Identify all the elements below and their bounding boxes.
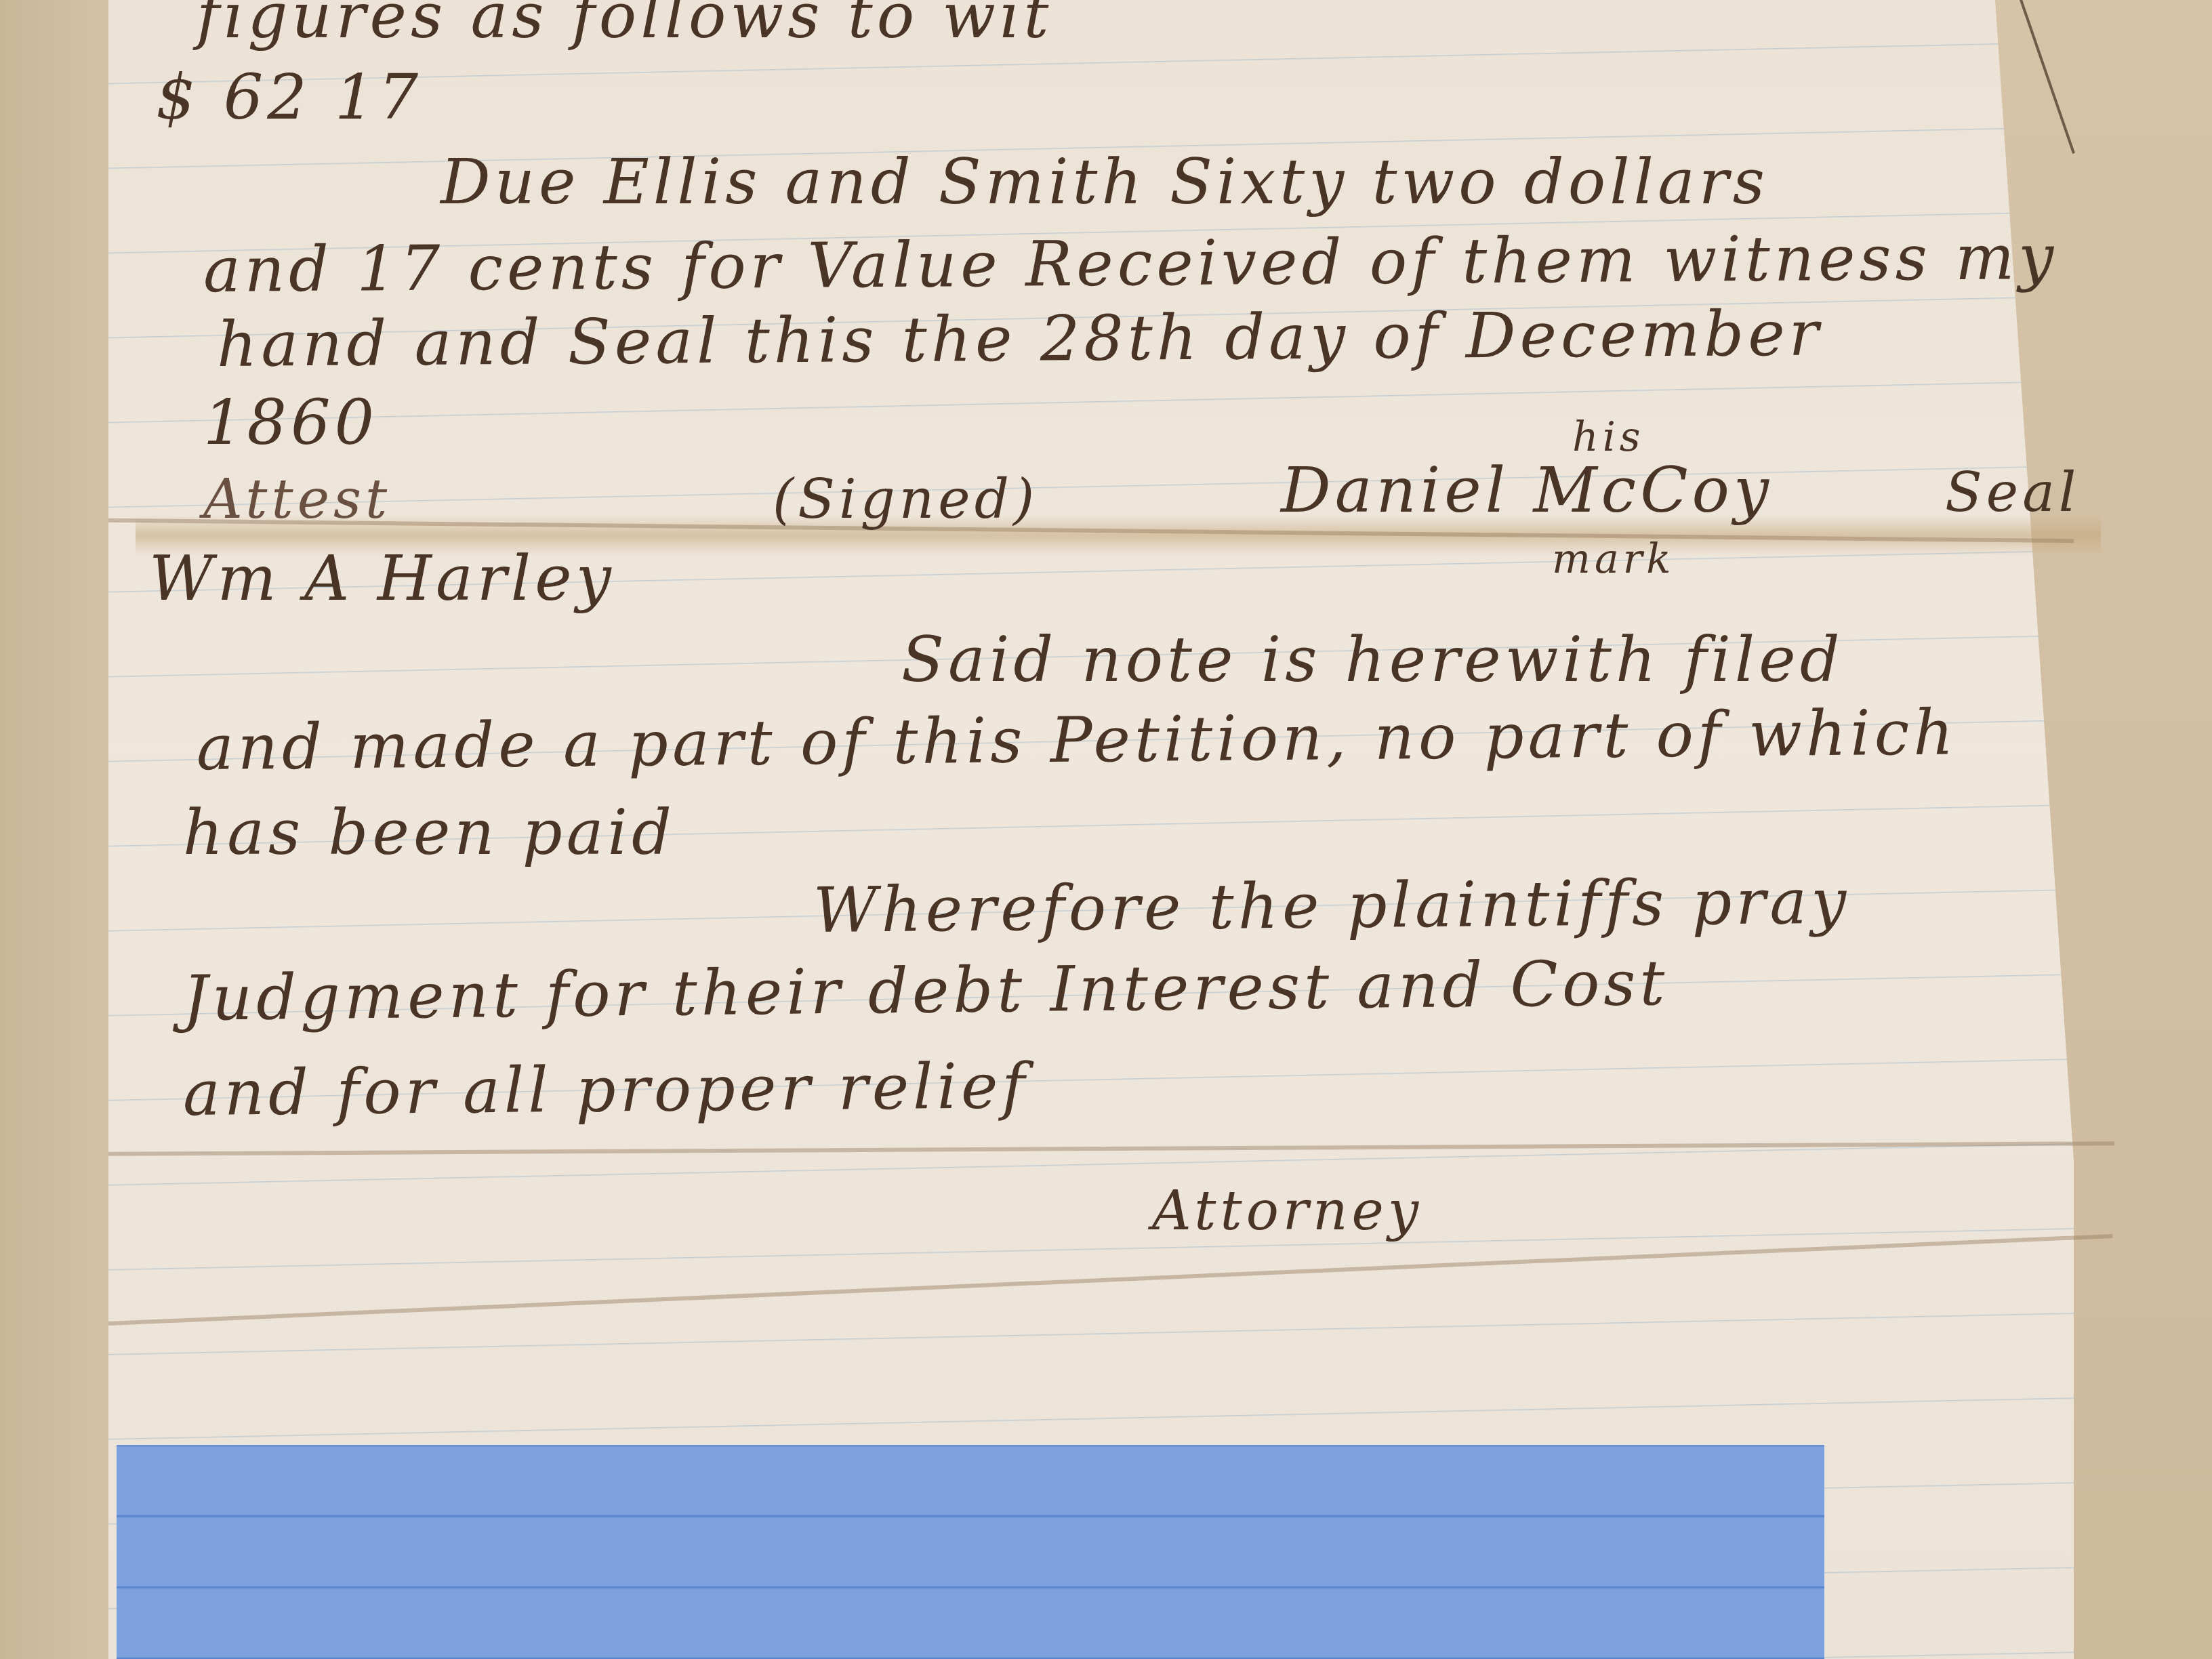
text-line-petition: and made a part of this Petition, no par…: [197, 696, 1958, 784]
text-year: 1860: [203, 386, 378, 459]
text-attest: Attest: [203, 468, 391, 531]
text-line-wherefore: Wherefore the plaintiffs pray: [813, 865, 1851, 947]
text-mark: mark: [1552, 535, 1675, 583]
text-signed: (Signed): [773, 468, 1038, 531]
blue-paper-sheet: [117, 1445, 1824, 1659]
document-photo: figures as follows to wit $ 62 17 Due El…: [0, 0, 2212, 1659]
text-line-paid: has been paid: [183, 796, 676, 869]
text-line-cents: and 17 cents for Value Received of them …: [203, 221, 2058, 306]
text-line-figures: figures as follows to wit: [197, 0, 1052, 52]
text-line-said-note: Said note is herewith filed: [901, 623, 1844, 696]
text-line-due: Due Ellis and Smith Sixty two dollars: [441, 146, 1769, 218]
text-seal: Seal: [1945, 461, 2080, 524]
text-amount: $ 62 17: [156, 61, 422, 134]
text-attorney: Attorney: [1152, 1179, 1422, 1242]
signature-daniel-mccoy: Daniel McCoy: [1281, 454, 1773, 527]
text-line-hand-seal: hand and Seal this the 28th day of Decem…: [217, 297, 1823, 381]
text-line-relief: and for all proper relief: [183, 1050, 1029, 1130]
text-witness-harley: Wm A Harley: [149, 542, 615, 615]
